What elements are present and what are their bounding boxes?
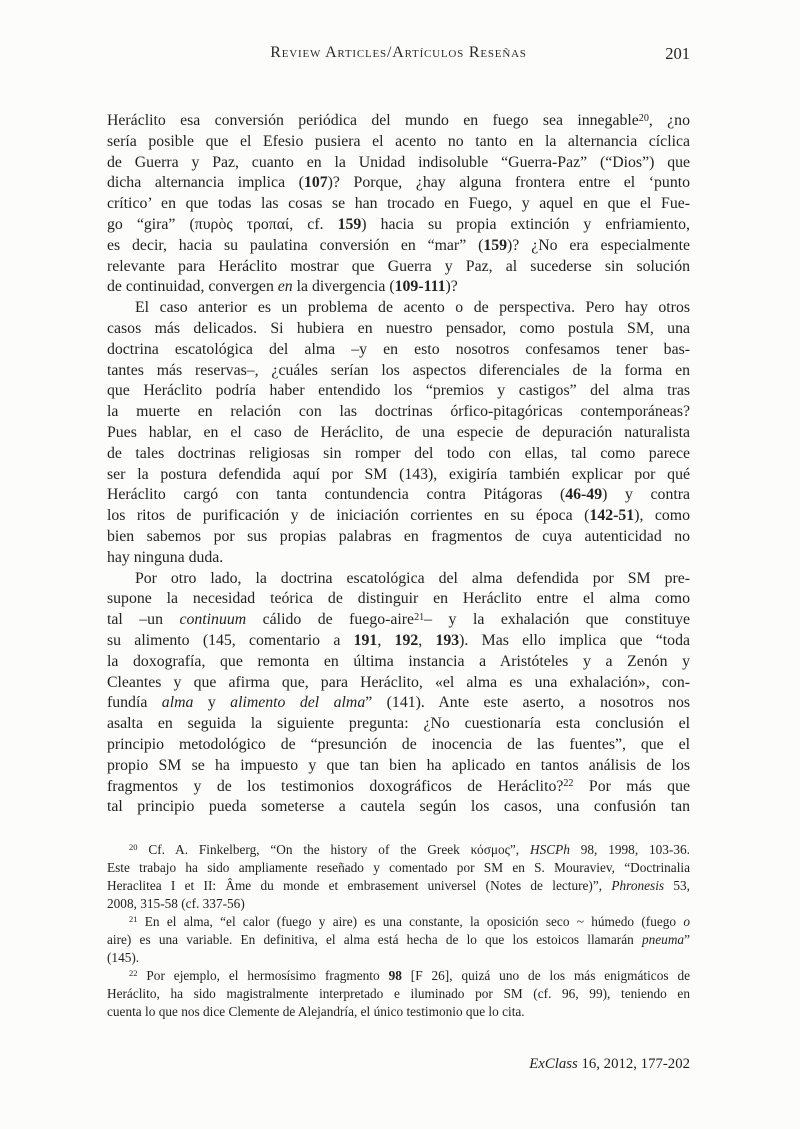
running-header: Review Articles/Artículos Reseñas 201 <box>107 44 690 66</box>
body-text: Heráclito esa conversión periódica del m… <box>107 111 690 818</box>
footnote-ref: 22 <box>563 778 573 789</box>
text-run: alma <box>162 694 194 711</box>
footnote-ref: 21 <box>129 914 138 924</box>
text-line: que Heráclito podría haber entendido los… <box>107 381 690 402</box>
text-line: (145). <box>107 949 690 967</box>
text-run: hay ninguna duda. <box>107 549 223 566</box>
text-line: dicha alternancia implica (107)? Porque,… <box>107 173 690 194</box>
text-run: tantes más reservas–, ¿cuáles serían los… <box>107 362 690 379</box>
text-run: Heráclito esa conversión periódica del m… <box>107 112 639 129</box>
text-line: principio metodológico de “presunción de… <box>107 735 690 756</box>
text-line: cuenta lo que nos dice Clemente de Aleja… <box>107 1003 690 1021</box>
text-line: crítico’ en que todas las cosas se han t… <box>107 194 690 215</box>
text-run: En el alma, “el calor (fuego y aire) es … <box>138 914 684 929</box>
page-number: 201 <box>665 44 690 64</box>
text-run: 192 <box>395 632 419 649</box>
text-run: 159 <box>338 216 362 233</box>
text-run: su alimento (145, comentario a <box>107 632 354 649</box>
text-line: Heráclito cargó con tanta contundencia c… <box>107 485 690 506</box>
text-run: Heraclitea I et II: Âme du monde et embr… <box>107 878 611 893</box>
text-run: , <box>418 632 435 649</box>
footnote-ref: 20 <box>639 113 649 124</box>
text-run: go “gira” (πυρὸς τροπαί, cf. <box>107 216 338 233</box>
text-run: 159 <box>483 237 507 254</box>
footnote-paragraph: 20 Cf. A. Finkelberg, “On the history of… <box>107 841 690 913</box>
text-run: tal principio pueda someterse a cautela … <box>107 798 690 815</box>
text-run: cálido de fuego-aire <box>246 611 414 628</box>
text-run: ) hacia su propia extinción y enfriamien… <box>361 216 690 233</box>
text-run: doctrina escatológica del alma –y en est… <box>107 341 690 358</box>
text-run: Heráclito, ha sido magistralmente interp… <box>107 986 690 1001</box>
text-run: HSCPh <box>530 842 570 857</box>
text-run: relevante para Heráclito mostrar que Gue… <box>107 258 690 275</box>
text-run: – y la exhalación que constituye <box>424 611 690 628</box>
text-run: o <box>683 914 690 929</box>
text-run: dicha alternancia implica ( <box>107 174 304 191</box>
text-run: 193 <box>435 632 459 649</box>
text-line: de Guerra y Paz, cuanto en la Unidad ind… <box>107 153 690 174</box>
text-line: doctrina escatológica del alma –y en est… <box>107 340 690 361</box>
text-run: , ¿no <box>649 112 690 129</box>
text-run: es decir, hacia su paulatina conversión … <box>107 237 483 254</box>
text-line: Cleantes y que afirma que, para Heráclit… <box>107 673 690 694</box>
text-run: Pues hablar, en el caso de Heráclito, de… <box>107 424 690 441</box>
text-line: su alimento (145, comentario a 191, 192,… <box>107 631 690 652</box>
text-line: la muerte en relación con las doctrinas … <box>107 402 690 423</box>
text-run: pneuma <box>642 932 684 947</box>
text-run: )? Porque, ¿hay alguna frontera entre el… <box>328 174 690 191</box>
journal-citation-detail: 16, 2012, 177-202 <box>578 1056 690 1072</box>
text-run: de tales doctrinas religiosas sin romper… <box>107 445 690 462</box>
text-run: de Guerra y Paz, cuanto en la Unidad ind… <box>107 154 690 171</box>
text-run: principio metodológico de “presunción de… <box>107 736 690 753</box>
text-line: bien sabemos por sus propias palabras en… <box>107 527 690 548</box>
text-line: tantes más reservas–, ¿cuáles serían los… <box>107 361 690 382</box>
text-run: 53, <box>664 878 690 893</box>
text-line: es decir, hacia su paulatina conversión … <box>107 236 690 257</box>
text-line: supone la necesidad teórica de distingui… <box>107 589 690 610</box>
text-run: ), como <box>634 507 690 524</box>
text-line: la doxografía, que remonta en última ins… <box>107 652 690 673</box>
text-run: Por otro lado, la doctrina escatológica … <box>135 570 690 587</box>
text-run: El caso anterior es un problema de acent… <box>135 299 690 316</box>
text-line: casos más delicados. Si hubiera en nuest… <box>107 319 690 340</box>
text-line: Heráclito, ha sido magistralmente interp… <box>107 985 690 1003</box>
text-line: hay ninguna duda. <box>107 548 690 569</box>
text-run: Heráclito cargó con tanta contundencia c… <box>107 486 565 503</box>
text-run: sería posible que el Efesio pusiera el a… <box>107 133 690 150</box>
body-paragraph: El caso anterior es un problema de acent… <box>107 298 690 568</box>
text-run: la divergencia ( <box>293 278 395 295</box>
text-run: ). Mas ello implica que “toda <box>459 632 690 649</box>
text-run: 98, 1998, 103-36. <box>570 842 690 857</box>
footnote-ref: 20 <box>129 842 138 852</box>
text-run: la muerte en relación con las doctrinas … <box>107 403 690 420</box>
footnote-paragraph: 21 En el alma, “el calor (fuego y aire) … <box>107 913 690 967</box>
running-header-title: Review Articles/Artículos Reseñas <box>107 44 690 62</box>
text-line: Heraclitea I et II: Âme du monde et embr… <box>107 877 690 895</box>
text-run: que Heráclito podría haber entendido los… <box>107 382 690 399</box>
footnote-ref: 22 <box>129 968 138 978</box>
body-paragraph: Heráclito esa conversión periódica del m… <box>107 111 690 298</box>
text-line: ser la postura defendida aquí por SM (14… <box>107 465 690 486</box>
text-run: 107 <box>304 174 328 191</box>
text-line: propio SM se ha impuesto y que tan bien … <box>107 756 690 777</box>
text-run: ) y contra <box>602 486 690 503</box>
journal-page: Review Articles/Artículos Reseñas 201 He… <box>0 0 800 1129</box>
text-run: de continuidad, convergen <box>107 278 278 295</box>
text-run: fundía <box>107 694 162 711</box>
text-run: los ritos de purificación y de iniciació… <box>107 507 589 524</box>
footnotes: 20 Cf. A. Finkelberg, “On the history of… <box>107 841 690 1021</box>
text-line: 21 En el alma, “el calor (fuego y aire) … <box>107 913 690 931</box>
text-line: tal –un continuum cálido de fuego-aire21… <box>107 610 690 631</box>
text-run: continuum <box>179 611 246 628</box>
text-run: )? ¿No era especialmente <box>507 237 690 254</box>
text-line: de tales doctrinas religiosas sin romper… <box>107 444 690 465</box>
text-run: y <box>193 694 230 711</box>
text-run: )? <box>446 278 458 295</box>
text-run: alimento del alma <box>230 694 365 711</box>
text-run: aire) es una variable. En definitiva, el… <box>107 932 642 947</box>
text-line: Pues hablar, en el caso de Heráclito, de… <box>107 423 690 444</box>
text-line: asalta en seguida la siguiente pregunta:… <box>107 714 690 735</box>
text-run: asalta en seguida la siguiente pregunta:… <box>107 715 690 732</box>
text-line: sería posible que el Efesio pusiera el a… <box>107 132 690 153</box>
text-line: Heráclito esa conversión periódica del m… <box>107 111 690 132</box>
journal-title: ExClass <box>529 1056 578 1072</box>
text-run: Cleantes y que afirma que, para Heráclit… <box>107 674 690 691</box>
text-line: go “gira” (πυρὸς τροπαί, cf. 159) hacia … <box>107 215 690 236</box>
text-run: 109-111 <box>395 278 446 295</box>
footnote-paragraph: 22 Por ejemplo, el hermosísimo fragmento… <box>107 967 690 1021</box>
text-run: 2008, 315-58 (cf. 337-56) <box>107 896 245 911</box>
text-run: (145). <box>107 950 139 965</box>
text-line: aire) es una variable. En definitiva, el… <box>107 931 690 949</box>
text-run: ” <box>684 932 690 947</box>
text-run: casos más delicados. Si hubiera en nuest… <box>107 320 690 337</box>
text-line: 22 Por ejemplo, el hermosísimo fragmento… <box>107 967 690 985</box>
text-line: los ritos de purificación y de iniciació… <box>107 506 690 527</box>
text-run: bien sabemos por sus propias palabras en… <box>107 528 690 545</box>
text-run: la doxografía, que remonta en última ins… <box>107 653 690 670</box>
text-line: Por otro lado, la doctrina escatológica … <box>107 569 690 590</box>
text-line: fragmentos y de los testimonios doxográf… <box>107 777 690 798</box>
text-run: crítico’ en que todas las cosas se han t… <box>107 195 690 212</box>
text-run: propio SM se ha impuesto y que tan bien … <box>107 757 690 774</box>
text-run: fragmentos y de los testimonios doxográf… <box>107 778 563 795</box>
journal-citation: ExClass 16, 2012, 177-202 <box>107 1056 690 1073</box>
footnote-ref: 21 <box>414 612 424 623</box>
text-run: ser la postura defendida aquí por SM (14… <box>107 466 690 483</box>
text-line: 2008, 315-58 (cf. 337-56) <box>107 895 690 913</box>
body-paragraph: Por otro lado, la doctrina escatológica … <box>107 569 690 819</box>
text-line: fundía alma y alimento del alma” (141). … <box>107 693 690 714</box>
text-run: ” (141). Ante este aserto, a nosotros no… <box>365 694 690 711</box>
text-run: , <box>377 632 394 649</box>
text-run: 142-51 <box>589 507 634 524</box>
text-run: Por ejemplo, el hermosísimo fragmento <box>138 968 389 983</box>
text-line: tal principio pueda someterse a cautela … <box>107 797 690 818</box>
text-line: 20 Cf. A. Finkelberg, “On the history of… <box>107 841 690 859</box>
text-run: cuenta lo que nos dice Clemente de Aleja… <box>107 1004 525 1019</box>
text-run: Por más que <box>573 778 690 795</box>
text-line: de continuidad, convergen en la divergen… <box>107 277 690 298</box>
text-line: relevante para Heráclito mostrar que Gue… <box>107 257 690 278</box>
text-run: tal –un <box>107 611 179 628</box>
text-run: supone la necesidad teórica de distingui… <box>107 590 690 607</box>
text-run: Este trabajo ha sido ampliamente reseñad… <box>107 860 690 875</box>
text-run: en <box>278 278 293 295</box>
text-run: Cf. A. Finkelberg, “On the history of th… <box>138 842 531 857</box>
text-run: [F 26], quizá uno de los más enigmáticos… <box>402 968 690 983</box>
text-run: Phronesis <box>611 878 664 893</box>
text-line: Este trabajo ha sido ampliamente reseñad… <box>107 859 690 877</box>
text-run: 191 <box>354 632 378 649</box>
text-run: 46-49 <box>565 486 602 503</box>
text-run: 98 <box>389 968 402 983</box>
text-line: El caso anterior es un problema de acent… <box>107 298 690 319</box>
